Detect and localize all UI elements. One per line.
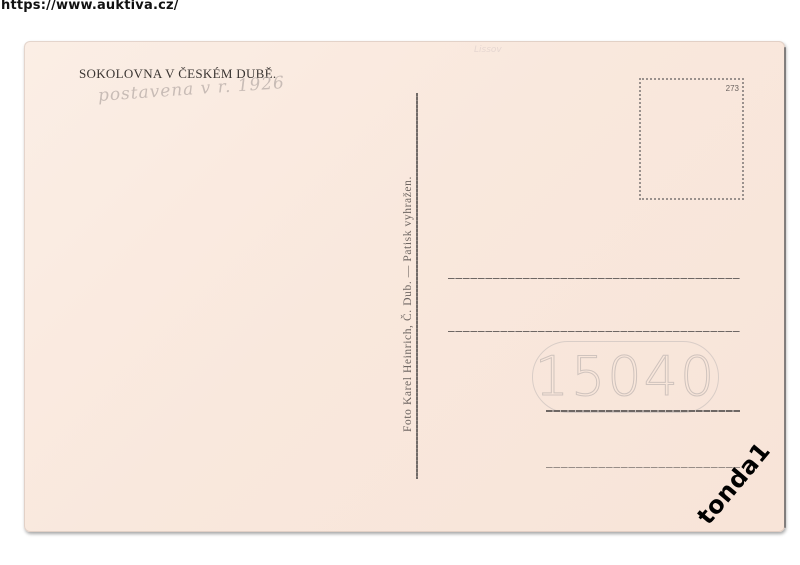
address-line-2 bbox=[448, 331, 740, 332]
pencil-number: 15040 bbox=[532, 341, 719, 413]
stamp-box-number: 273 bbox=[726, 84, 739, 93]
address-line-3 bbox=[546, 410, 740, 412]
postcard-back: SOKOLOVNA V ČESKÉM DUBĚ. postavena v r. … bbox=[24, 41, 785, 532]
source-url: https://www.auktiva.cz/ bbox=[1, 0, 179, 13]
stamp-box: 273 bbox=[639, 78, 744, 200]
address-line-4 bbox=[546, 467, 740, 468]
address-line-1 bbox=[448, 278, 740, 279]
photo-credit: Foto Karel Heinrich, Č. Dub. — Patisk vy… bbox=[402, 129, 414, 479]
pencil-mark: Lissov bbox=[474, 45, 502, 55]
center-divider bbox=[416, 93, 418, 479]
